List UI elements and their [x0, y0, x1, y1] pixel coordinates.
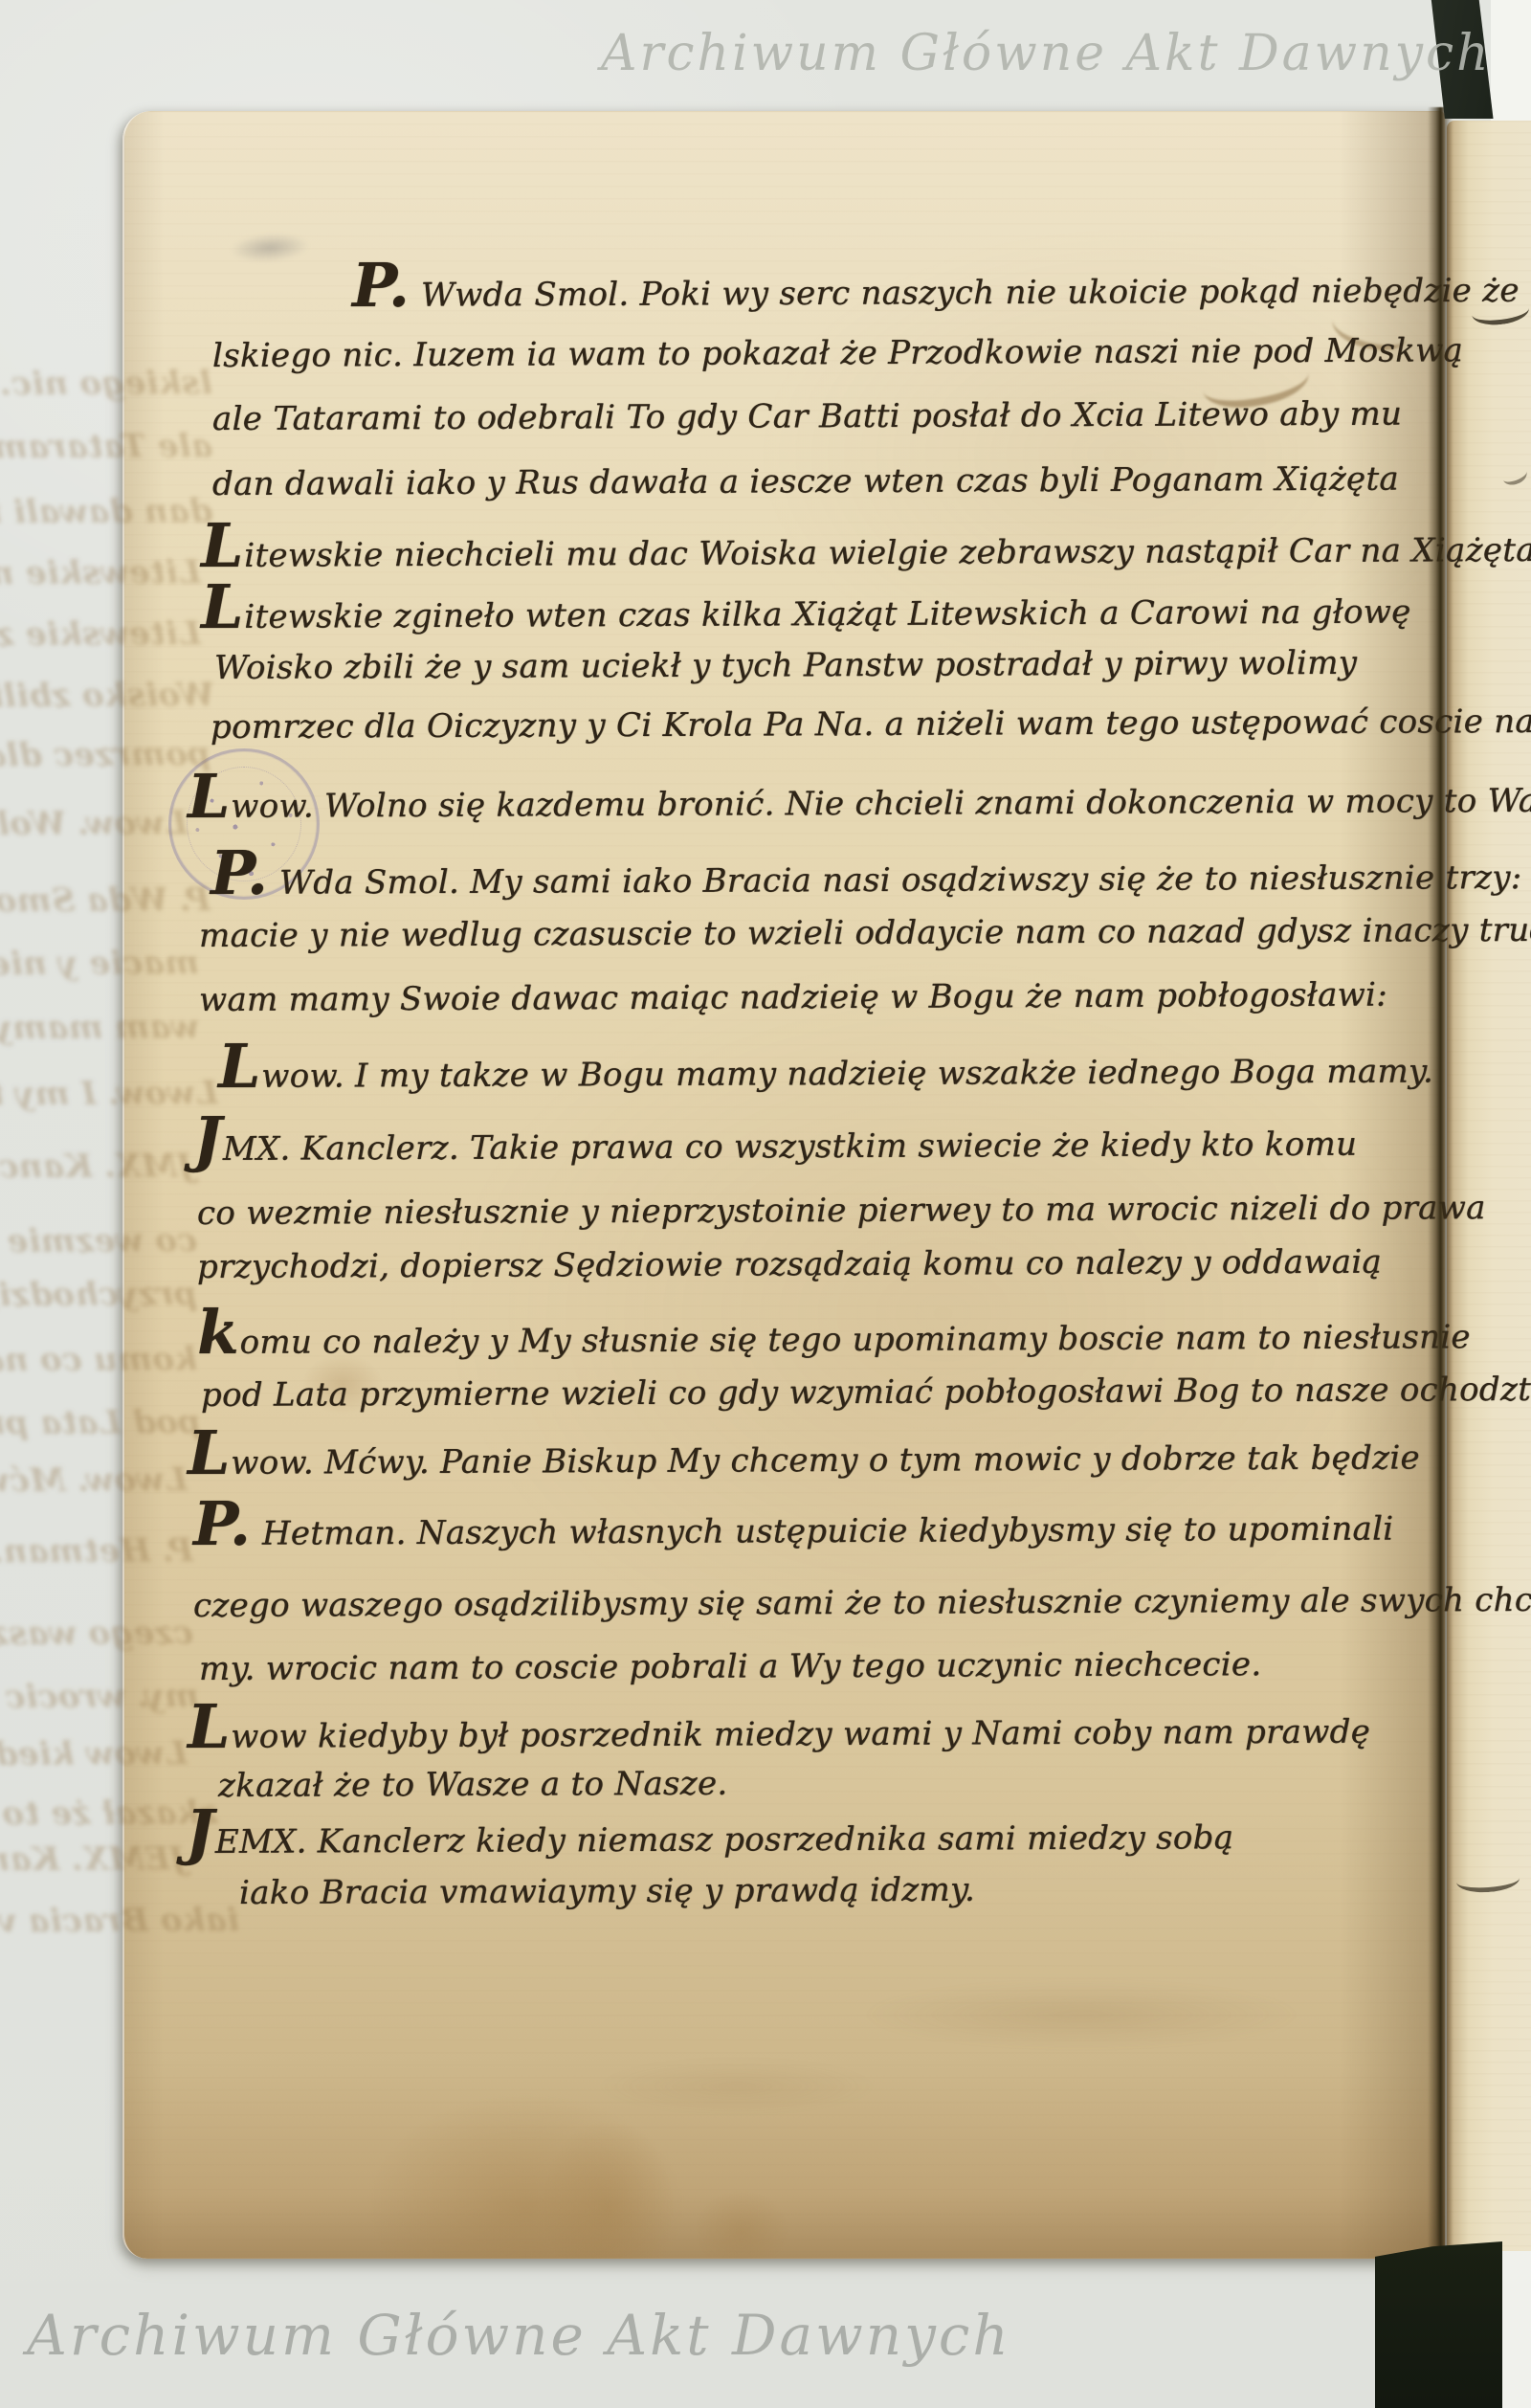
- manuscript-line: Woisko zbili że y sam uciekł y tych Pans…: [0, 676, 214, 721]
- manuscript-line: P. Hetman. Naszych własnych ustępuicie k…: [0, 1531, 193, 1576]
- book-gutter-fold: [1428, 107, 1453, 2251]
- manuscript-line: iako Bracia vmawiaymy się y prawdą idzmy…: [239, 1871, 975, 1912]
- manuscript-line: czego waszego osądzilibysmy się sami że …: [193, 1581, 1531, 1625]
- book-cover-edge: [1375, 2241, 1502, 2408]
- manuscript-line: JEMX. Kanclerz kiedy niemasz posrzednika…: [186, 1808, 1233, 1862]
- manuscript-line: komu co należy y My słusnie się tego upo…: [197, 1307, 1471, 1362]
- manuscript-line: macie y nie wedlug czasuscie to wzieli o…: [199, 911, 1531, 955]
- manuscript-line: P. Wda Smol. My sami iako Bracia nasi os…: [211, 848, 1522, 903]
- manuscript-line: lskiego nic. Iuzem ia wam to pokazał że …: [212, 331, 1463, 375]
- manuscript-line: ale Tatarami to odebrali To gdy Car Batt…: [212, 395, 1402, 438]
- manuscript-line: wam mamy Swoie dawac maiąc nadzieię w Bo…: [199, 976, 1387, 1019]
- manuscript-line: lskiego nic. Iuzem ia wam to pokazał że …: [0, 364, 212, 410]
- manuscript-line: Litewskie zgineło wten czas kilka Xiążąt…: [0, 614, 201, 659]
- manuscript-line: Lwow kiedyby był posrzednik miedzy wami …: [188, 1703, 1370, 1756]
- manuscript-line: pomrzec dla Oiczyzny y Ci Krola Pa Na. a…: [211, 702, 1531, 747]
- manuscript-line: Lwow kiedyby był posrzednik miedzy wami …: [0, 1734, 188, 1779]
- manuscript-line: Litewskie niechcieli mu dac Woiska wielg…: [0, 553, 201, 599]
- manuscript-line: P. Wwda Smol. Poki wy serc naszych nie u…: [352, 260, 1531, 315]
- manuscript-line: P. Wda Smol. My sami iako Bracia nasi os…: [0, 881, 211, 926]
- manuscript-line: dan dawali iako y Rus dawała a iescze wt…: [0, 492, 212, 537]
- manuscript-line: my. wrocic nam to coscie pobrali a Wy te…: [199, 1645, 1262, 1688]
- manuscript-line: ale Tatarami to odebrali To gdy Car Batt…: [0, 427, 212, 472]
- manuscript-line: JMX. Kanclerz. Takie prawa co wszystkim …: [0, 1147, 193, 1192]
- manuscript-line: Lwow. Mćwy. Panie Biskup My chcemy o tym…: [188, 1428, 1420, 1483]
- manuscript-line: Lwow. I my takze w Bogu mamy nadzieię ws…: [0, 1074, 218, 1119]
- manuscript-line: co wezmie niesłusznie y nieprzystoinie p…: [0, 1221, 197, 1267]
- manuscript-line: zkazał że to Wasze a to Nasze.: [218, 1765, 728, 1805]
- manuscript-line: Lwow. Mćwy. Panie Biskup My chcemy o tym…: [0, 1460, 188, 1505]
- manuscript-line: pomrzec dla Oiczyzny y Ci Krola Pa Na. a…: [0, 735, 211, 782]
- manuscript-line: przychodzi, dopiersz Sędziowie rozsądzai…: [0, 1275, 197, 1320]
- manuscript-line: macie y nie wedlug czasuscie to wzieli o…: [0, 944, 199, 990]
- manuscript-line: dan dawali iako y Rus dawała a iescze wt…: [212, 460, 1399, 503]
- manuscript-line: Litewskie zgineło wten czas kilka Xiążąt…: [201, 582, 1411, 636]
- manuscript-line: pod Lata przymierne wzieli co gdy wzymia…: [201, 1371, 1531, 1415]
- manuscript-line: komu co należy y My słusnie się tego upo…: [0, 1340, 197, 1386]
- manuscript-line: Lwow. I my takze w Bogu mamy nadzieię ws…: [218, 1041, 1433, 1096]
- manuscript-line: pod Lata przymierne wzieli co gdy wzymia…: [0, 1403, 201, 1449]
- manuscript-line: wam mamy Swoie dawac maiąc nadzieię w Bo…: [0, 1008, 199, 1053]
- manuscript-line: Litewskie niechcieli mu dac Woiska wielg…: [201, 521, 1531, 575]
- manuscript-line: przychodzi, dopiersz Sędziowie rozsądzai…: [197, 1243, 1382, 1286]
- manuscript-line: iako Bracia vmawiaymy się y prawdą idzmy…: [0, 1901, 239, 1943]
- manuscript-line: czego waszego osądzilibysmy się sami że …: [0, 1614, 193, 1660]
- manuscript-line: co wezmie niesłusznie y nieprzystoinie p…: [197, 1189, 1486, 1233]
- archive-scan-view: P. Wwda Smol. Poki wy serc naszych nie u…: [0, 0, 1531, 2408]
- manuscript-line: P. Hetman. Naszych własnych ustępuicie k…: [193, 1500, 1394, 1553]
- manuscript-line: JMX. Kanclerz. Takie prawa co wszystkim …: [193, 1115, 1357, 1169]
- manuscript-text-block: P. Wwda Smol. Poki wy serc naszych nie u…: [0, 0, 1531, 2408]
- manuscript-line: Woisko zbili że y sam uciekł y tych Pans…: [214, 644, 1357, 687]
- manuscript-line: my. wrocic nam to coscie pobrali a Wy te…: [0, 1677, 199, 1721]
- manuscript-line: Lwow. Wolno się kazdemu bronić. Nie chci…: [0, 804, 188, 850]
- manuscript-line: JEMX. Kanclerz kiedy niemasz posrzednika…: [0, 1839, 186, 1884]
- manuscript-line: Lwow. Wolno się kazdemu bronić. Nie chci…: [188, 771, 1531, 826]
